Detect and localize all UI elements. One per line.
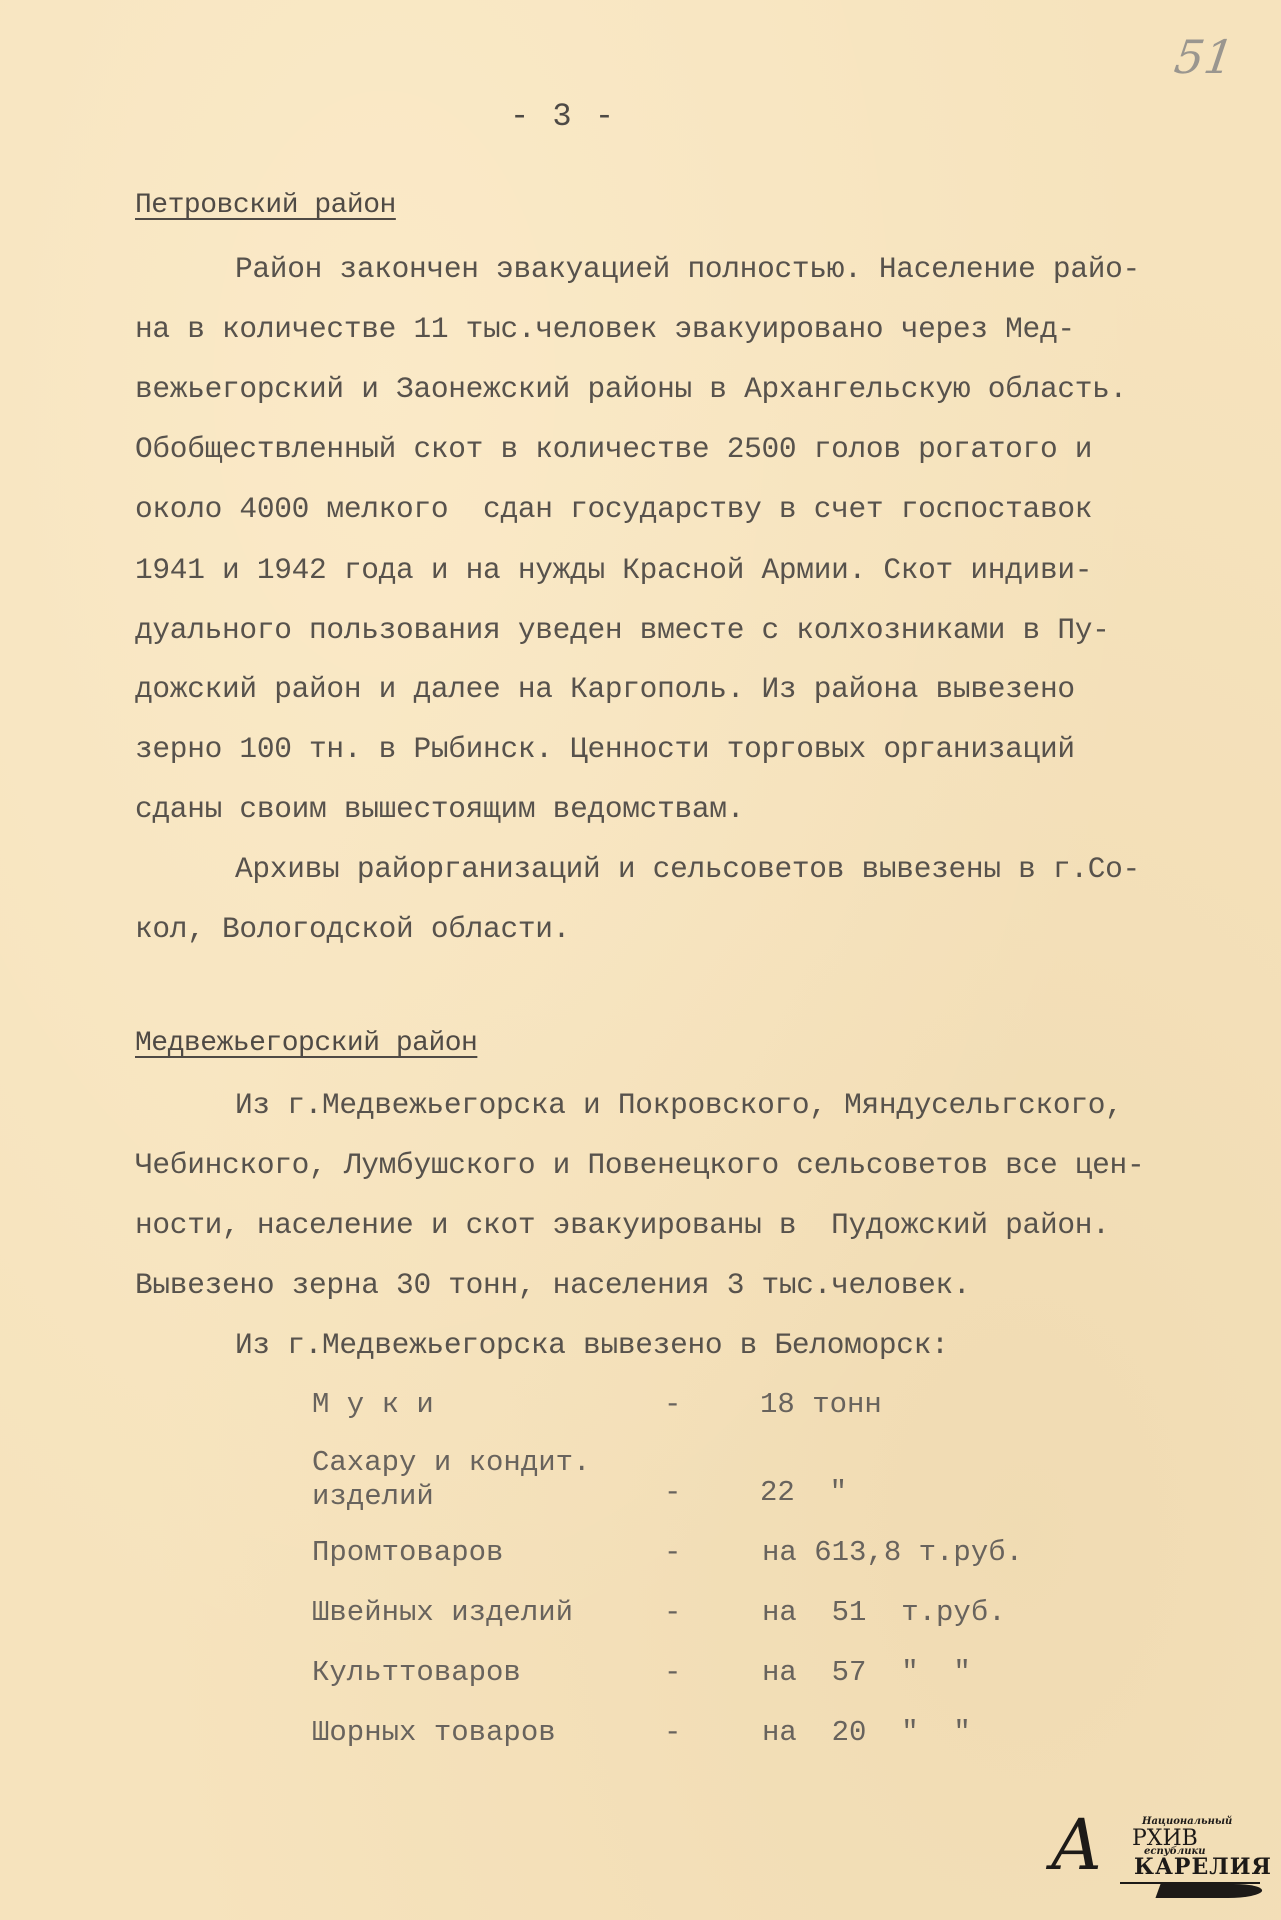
text-line: на в количестве 11 тыс.человек эвакуиров… xyxy=(135,312,1075,346)
text-line: около 4000 мелкого сдан государству в сч… xyxy=(135,492,1092,526)
text-line: зерно 100 тн. в Рыбинск. Ценности торгов… xyxy=(135,732,1075,766)
text-line: Вывезено зерна 30 тонн, населения 3 тыс.… xyxy=(135,1268,970,1302)
dash: - xyxy=(664,1388,681,1421)
text-line: дуального пользования уведен вместе с ко… xyxy=(135,613,1110,647)
dash: - xyxy=(664,1536,681,1569)
text-line: Район закончен эвакуацией полностью. Нас… xyxy=(235,252,1140,286)
text-line: вежьегорский и Заонежский районы в Архан… xyxy=(135,372,1127,406)
text-line: Из г.Медвежьегорска вывезено в Беломорск… xyxy=(235,1328,949,1362)
text-line: Обобществленный скот в количестве 2500 г… xyxy=(135,432,1092,466)
dash: - xyxy=(664,1596,681,1629)
folio-number: 51 xyxy=(1171,30,1237,84)
page-number: - 3 - xyxy=(510,98,616,135)
table-row: Шорных товаров - на 20 " " xyxy=(312,1716,382,1881)
text-line: Из г.Медвежьегорска и Покровского, Мянду… xyxy=(235,1088,1123,1122)
item-value: на 51 т.руб. xyxy=(762,1596,1006,1629)
logo-line-karelia: КАРЕЛИЯ xyxy=(1134,1854,1272,1880)
text-line: Чебинского, Лумбушского и Повенецкого се… xyxy=(135,1148,1144,1182)
dash: - xyxy=(664,1476,681,1510)
section-heading-medvezhyegorsky: Медвежьегорский район xyxy=(135,1028,477,1059)
dash: - xyxy=(664,1656,681,1689)
section-heading-petrovsky: Петровский район xyxy=(135,190,396,221)
text-line: кол, Вологодской области. xyxy=(135,912,570,946)
text-line: ности, население и скот эвакуированы в П… xyxy=(135,1208,1110,1242)
dash: - xyxy=(664,1716,681,1749)
quill-icon xyxy=(1155,1884,1264,1898)
logo-initial: А xyxy=(1050,1804,1103,1886)
text-line: сданы своим вышестоящим ведомствам. xyxy=(135,792,744,826)
item-label: М у к и xyxy=(312,1388,434,1421)
item-value: на 20 " " xyxy=(762,1716,971,1749)
archive-logo: А Национальный РХИВ еспублики КАРЕЛИЯ xyxy=(1050,1810,1265,1910)
item-label: Швейных изделий xyxy=(312,1596,573,1629)
item-label: Промтоваров xyxy=(312,1536,503,1569)
text-line: Архивы райорганизаций и сельсоветов выве… xyxy=(235,852,1140,886)
item-value: на 57 " " xyxy=(762,1656,971,1689)
item-value: 22 " xyxy=(760,1476,847,1510)
item-label: Сахару и кондит. изделий xyxy=(312,1446,590,1514)
text-line: дожский район и далее на Каргополь. Из р… xyxy=(135,672,1075,706)
item-label: Культтоваров xyxy=(312,1656,521,1689)
item-label: Шорных товаров xyxy=(312,1716,556,1749)
item-value: на 613,8 т.руб. xyxy=(762,1536,1023,1569)
document-page: 51 - 3 - Петровский район Район закончен… xyxy=(0,0,1281,1920)
text-line: 1941 и 1942 года и на нужды Красной Арми… xyxy=(135,553,1092,587)
item-value: 18 тонн xyxy=(760,1388,882,1421)
